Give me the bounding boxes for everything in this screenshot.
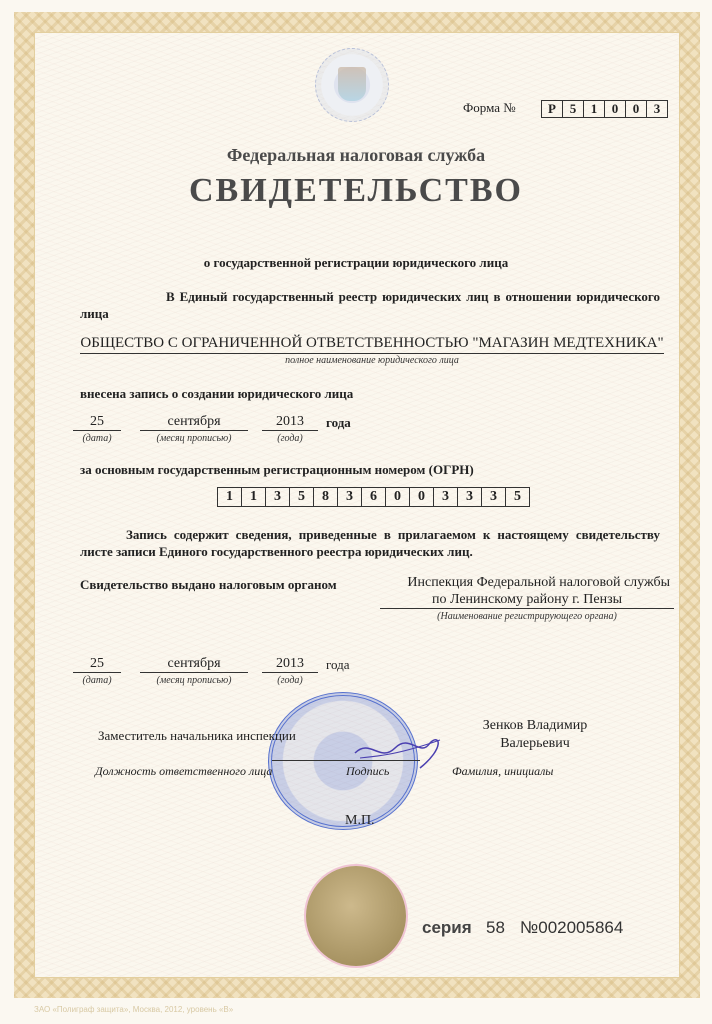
entry-day-caption: (дата) (73, 433, 121, 444)
series-value: 58 (486, 918, 505, 938)
issuer-caption: (Наименование регистрирующего органа) (380, 611, 674, 622)
issue-day-caption: (дата) (73, 675, 121, 686)
issuer-line2: по Ленинскому району г. Пензы (380, 592, 674, 609)
record-text: Запись содержит сведения, приведенные в … (80, 526, 660, 560)
form-code-char: Р (542, 101, 563, 117)
hologram-emblem-icon (315, 48, 389, 122)
issue-year-caption: (года) (262, 675, 318, 686)
agency-name: Федеральная налоговая служба (0, 145, 712, 166)
ogrn-digit: 5 (506, 488, 529, 506)
issue-month-caption: (месяц прописью) (140, 675, 248, 686)
issue-month: сентября (140, 656, 248, 673)
ogrn-digit: 6 (362, 488, 386, 506)
ogrn-digit: 1 (218, 488, 242, 506)
gold-emblem-seal-icon (306, 866, 406, 966)
form-code-char: 1 (584, 101, 605, 117)
issue-day: 25 (73, 656, 121, 673)
entry-month: сентября (140, 414, 248, 431)
printer-imprint: ЗАО «Полиграф защита», Москва, 2012, уро… (34, 1005, 233, 1014)
form-code-char: 0 (626, 101, 647, 117)
series-label: серия (422, 918, 472, 938)
entry-day: 25 (73, 414, 121, 431)
signature-caption: Подпись (346, 764, 389, 779)
form-number-boxes: Р 5 1 0 0 3 (541, 100, 668, 118)
ogrn-label: за основным государственным регистрацион… (80, 461, 660, 478)
ogrn-digit: 8 (314, 488, 338, 506)
intro-text: В Единый государственный реестр юридичес… (80, 288, 660, 322)
signer-name-line1: Зенков Владимир (450, 718, 620, 734)
issuer-line1: Инспекция Федеральной налоговой службы (380, 575, 670, 591)
ogrn-boxes: 1 1 3 5 8 3 6 0 0 3 3 3 5 (217, 487, 530, 507)
ogrn-digit: 3 (266, 488, 290, 506)
ogrn-digit: 3 (458, 488, 482, 506)
ogrn-digit: 3 (482, 488, 506, 506)
seal-place-mark: М.П. (345, 813, 375, 829)
entry-year: 2013 (262, 414, 318, 431)
form-number-label: Форма № (463, 100, 516, 116)
issue-year: 2013 (262, 656, 318, 673)
company-caption: полное наименование юридического лица (80, 355, 664, 366)
document-subtitle: о государственной регистрации юридическо… (0, 255, 712, 271)
issued-label: Свидетельство выдано налоговым органом (80, 576, 380, 593)
position-caption: Должность ответственного лица (95, 764, 272, 779)
ogrn-digit: 3 (338, 488, 362, 506)
form-code-char: 3 (647, 101, 667, 117)
name-caption: Фамилия, инициалы (452, 764, 553, 779)
document-title: СВИДЕТЕЛЬСТВО (0, 172, 712, 210)
ogrn-digit: 5 (290, 488, 314, 506)
ogrn-digit: 1 (242, 488, 266, 506)
signer-position: Заместитель начальника инспекции (98, 728, 296, 744)
entry-month-caption: (месяц прописью) (140, 433, 248, 444)
form-code-char: 5 (563, 101, 584, 117)
ogrn-digit: 3 (434, 488, 458, 506)
company-name: ОБЩЕСТВО С ОГРАНИЧЕННОЙ ОТВЕТСТВЕННОСТЬЮ… (80, 335, 664, 354)
issue-year-suffix: года (326, 657, 350, 673)
signer-name-line2: Валерьевич (450, 736, 620, 752)
form-code-char: 0 (605, 101, 626, 117)
entry-year-caption: (года) (262, 433, 318, 444)
ogrn-digit: 0 (410, 488, 434, 506)
certificate-number: №002005864 (520, 918, 623, 938)
signature-line (272, 760, 420, 761)
entry-year-suffix: года (326, 415, 351, 431)
entry-text: внесена запись о создании юридического л… (80, 385, 660, 402)
ogrn-digit: 0 (386, 488, 410, 506)
